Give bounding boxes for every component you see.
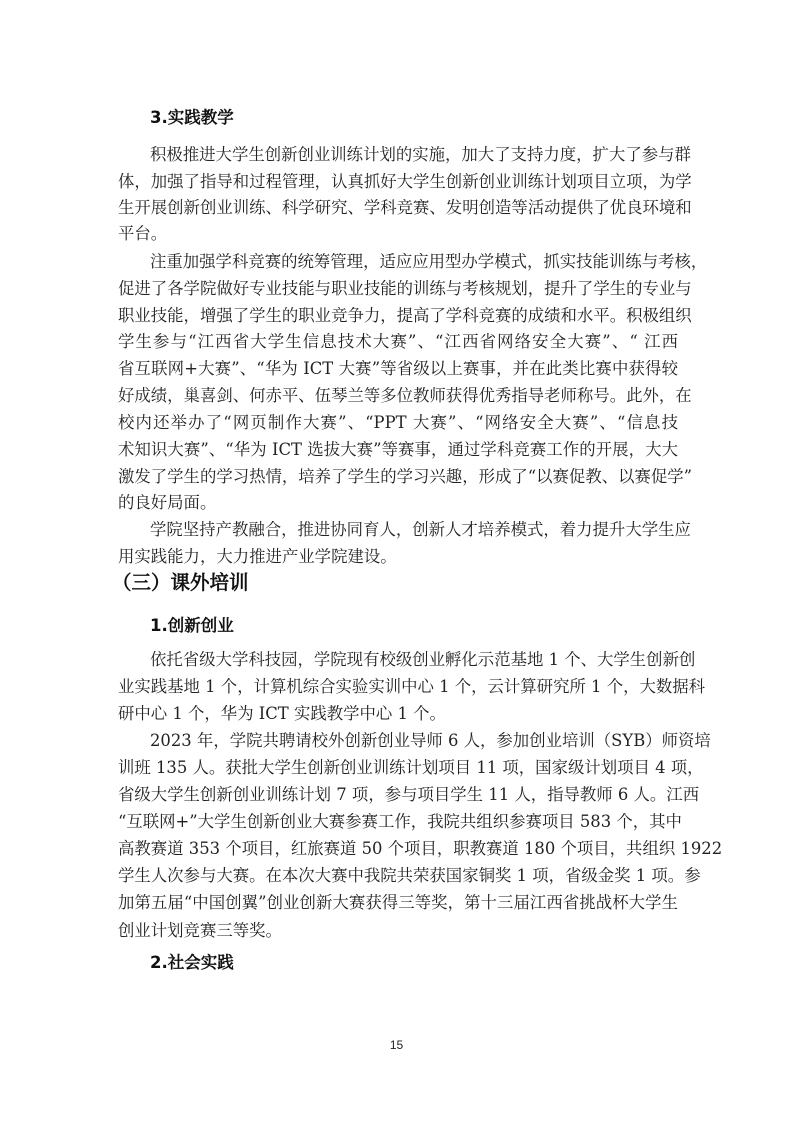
section-heading-extracurricular-training: （三）课外培训 [112, 568, 249, 598]
paragraph-line: 生开展创新创业训练、科学研究、学科竞赛、发明创造等活动提供了优良环境和 [118, 195, 678, 221]
paragraph-line: 学院坚持产教融合，推进协同育人，创新人才培养模式，着力提升大学生应 [150, 517, 678, 543]
subsection-heading-innovation-entrepreneurship: 1.创新创业 [150, 613, 234, 639]
paragraph-line: 积极推进大学生创新创业训练计划的实施，加大了支持力度，扩大了参与群 [150, 142, 678, 168]
paragraph-line: 校内还举办了“网页制作大赛”、“PPT 大赛”、“网络安全大赛”、“信息技 [118, 410, 678, 436]
paragraph-line: 体，加强了指导和过程管理，认真抓好大学生创新创业训练计划项目立项，为学 [118, 169, 678, 195]
page-number: 15 [0, 1038, 793, 1052]
paragraph-line: 依托省级大学科技园，学院现有校级创业孵化示范基地 1 个、大学生创新创 [150, 647, 678, 673]
paragraph-line: 用实践能力，大力推进产业学院建设。 [118, 544, 678, 570]
paragraph-line: 研中心 1 个，华为 ICT 实践教学中心 1 个。 [118, 701, 678, 727]
paragraph-line: 职业技能，增强了学生的职业竞争力，提高了学科竞赛的成绩和水平。积极组织 [118, 303, 678, 329]
document-page: 3.实践教学 积极推进大学生创新创业训练计划的实施，加大了支持力度，扩大了参与群… [0, 0, 793, 1122]
paragraph-line: 2023 年，学院共聘请校外创新创业导师 6 人，参加创业培训（SYB）师资培 [150, 728, 678, 754]
paragraph-line: “互联网+”大学生创新创业大赛参赛工作，我院共组织参赛项目 583 个，其中 [118, 809, 678, 835]
paragraph-line: 术知识大赛”、“华为 ICT 选拔大赛”等赛事，通过学科竞赛工作的开展，大大 [118, 437, 678, 463]
paragraph-line: 省互联网+大赛”、“华为 ICT 大赛”等省级以上赛事，并在此类比赛中获得较 [118, 356, 678, 382]
paragraph-line: 高教赛道 353 个项目，红旅赛道 50 个项目，职教赛道 180 个项目，共组… [118, 836, 678, 862]
paragraph-line: 平台。 [118, 221, 678, 247]
paragraph-line: 学生参与“江西省大学生信息技术大赛”、“江西省网络安全大赛”、“ 江西 [118, 329, 678, 355]
paragraph-line: 业实践基地 1 个，计算机综合实验实训中心 1 个，云计算研究所 1 个，大数据… [118, 674, 678, 700]
subsection-heading-practice-teaching: 3.实践教学 [150, 105, 234, 131]
paragraph-line: 创业计划竞赛三等奖。 [118, 918, 678, 944]
paragraph-line: 省级大学生创新创业训练计划 7 项，参与项目学生 11 人，指导教师 6 人。江… [118, 782, 678, 808]
paragraph-line: 学生人次参与大赛。在本次大赛中我院共荣获国家铜奖 1 项，省级金奖 1 项。参 [118, 863, 678, 889]
paragraph-line: 注重加强学科竞赛的统筹管理，适应应用型办学模式，抓实技能训练与考核， [150, 249, 678, 275]
subsection-heading-social-practice: 2.社会实践 [150, 950, 234, 976]
paragraph-line: 加第五届“中国创翼”创业创新大赛获得三等奖，第十三届江西省挑战杯大学生 [118, 890, 678, 916]
paragraph-line: 训班 135 人。获批大学生创新创业训练计划项目 11 项，国家级计划项目 4 … [118, 755, 678, 781]
paragraph-line: 好成绩，巢喜剑、何赤平、伍琴兰等多位教师获得优秀指导老师称号。此外，在 [118, 383, 678, 409]
paragraph-line: 激发了学生的学习热情，培养了学生的学习兴趣，形成了“以赛促教、以赛促学” [118, 464, 678, 490]
paragraph-line: 的良好局面。 [118, 490, 678, 516]
paragraph-line: 促进了各学院做好专业技能与职业技能的训练与考核规划，提升了学生的专业与 [118, 276, 678, 302]
